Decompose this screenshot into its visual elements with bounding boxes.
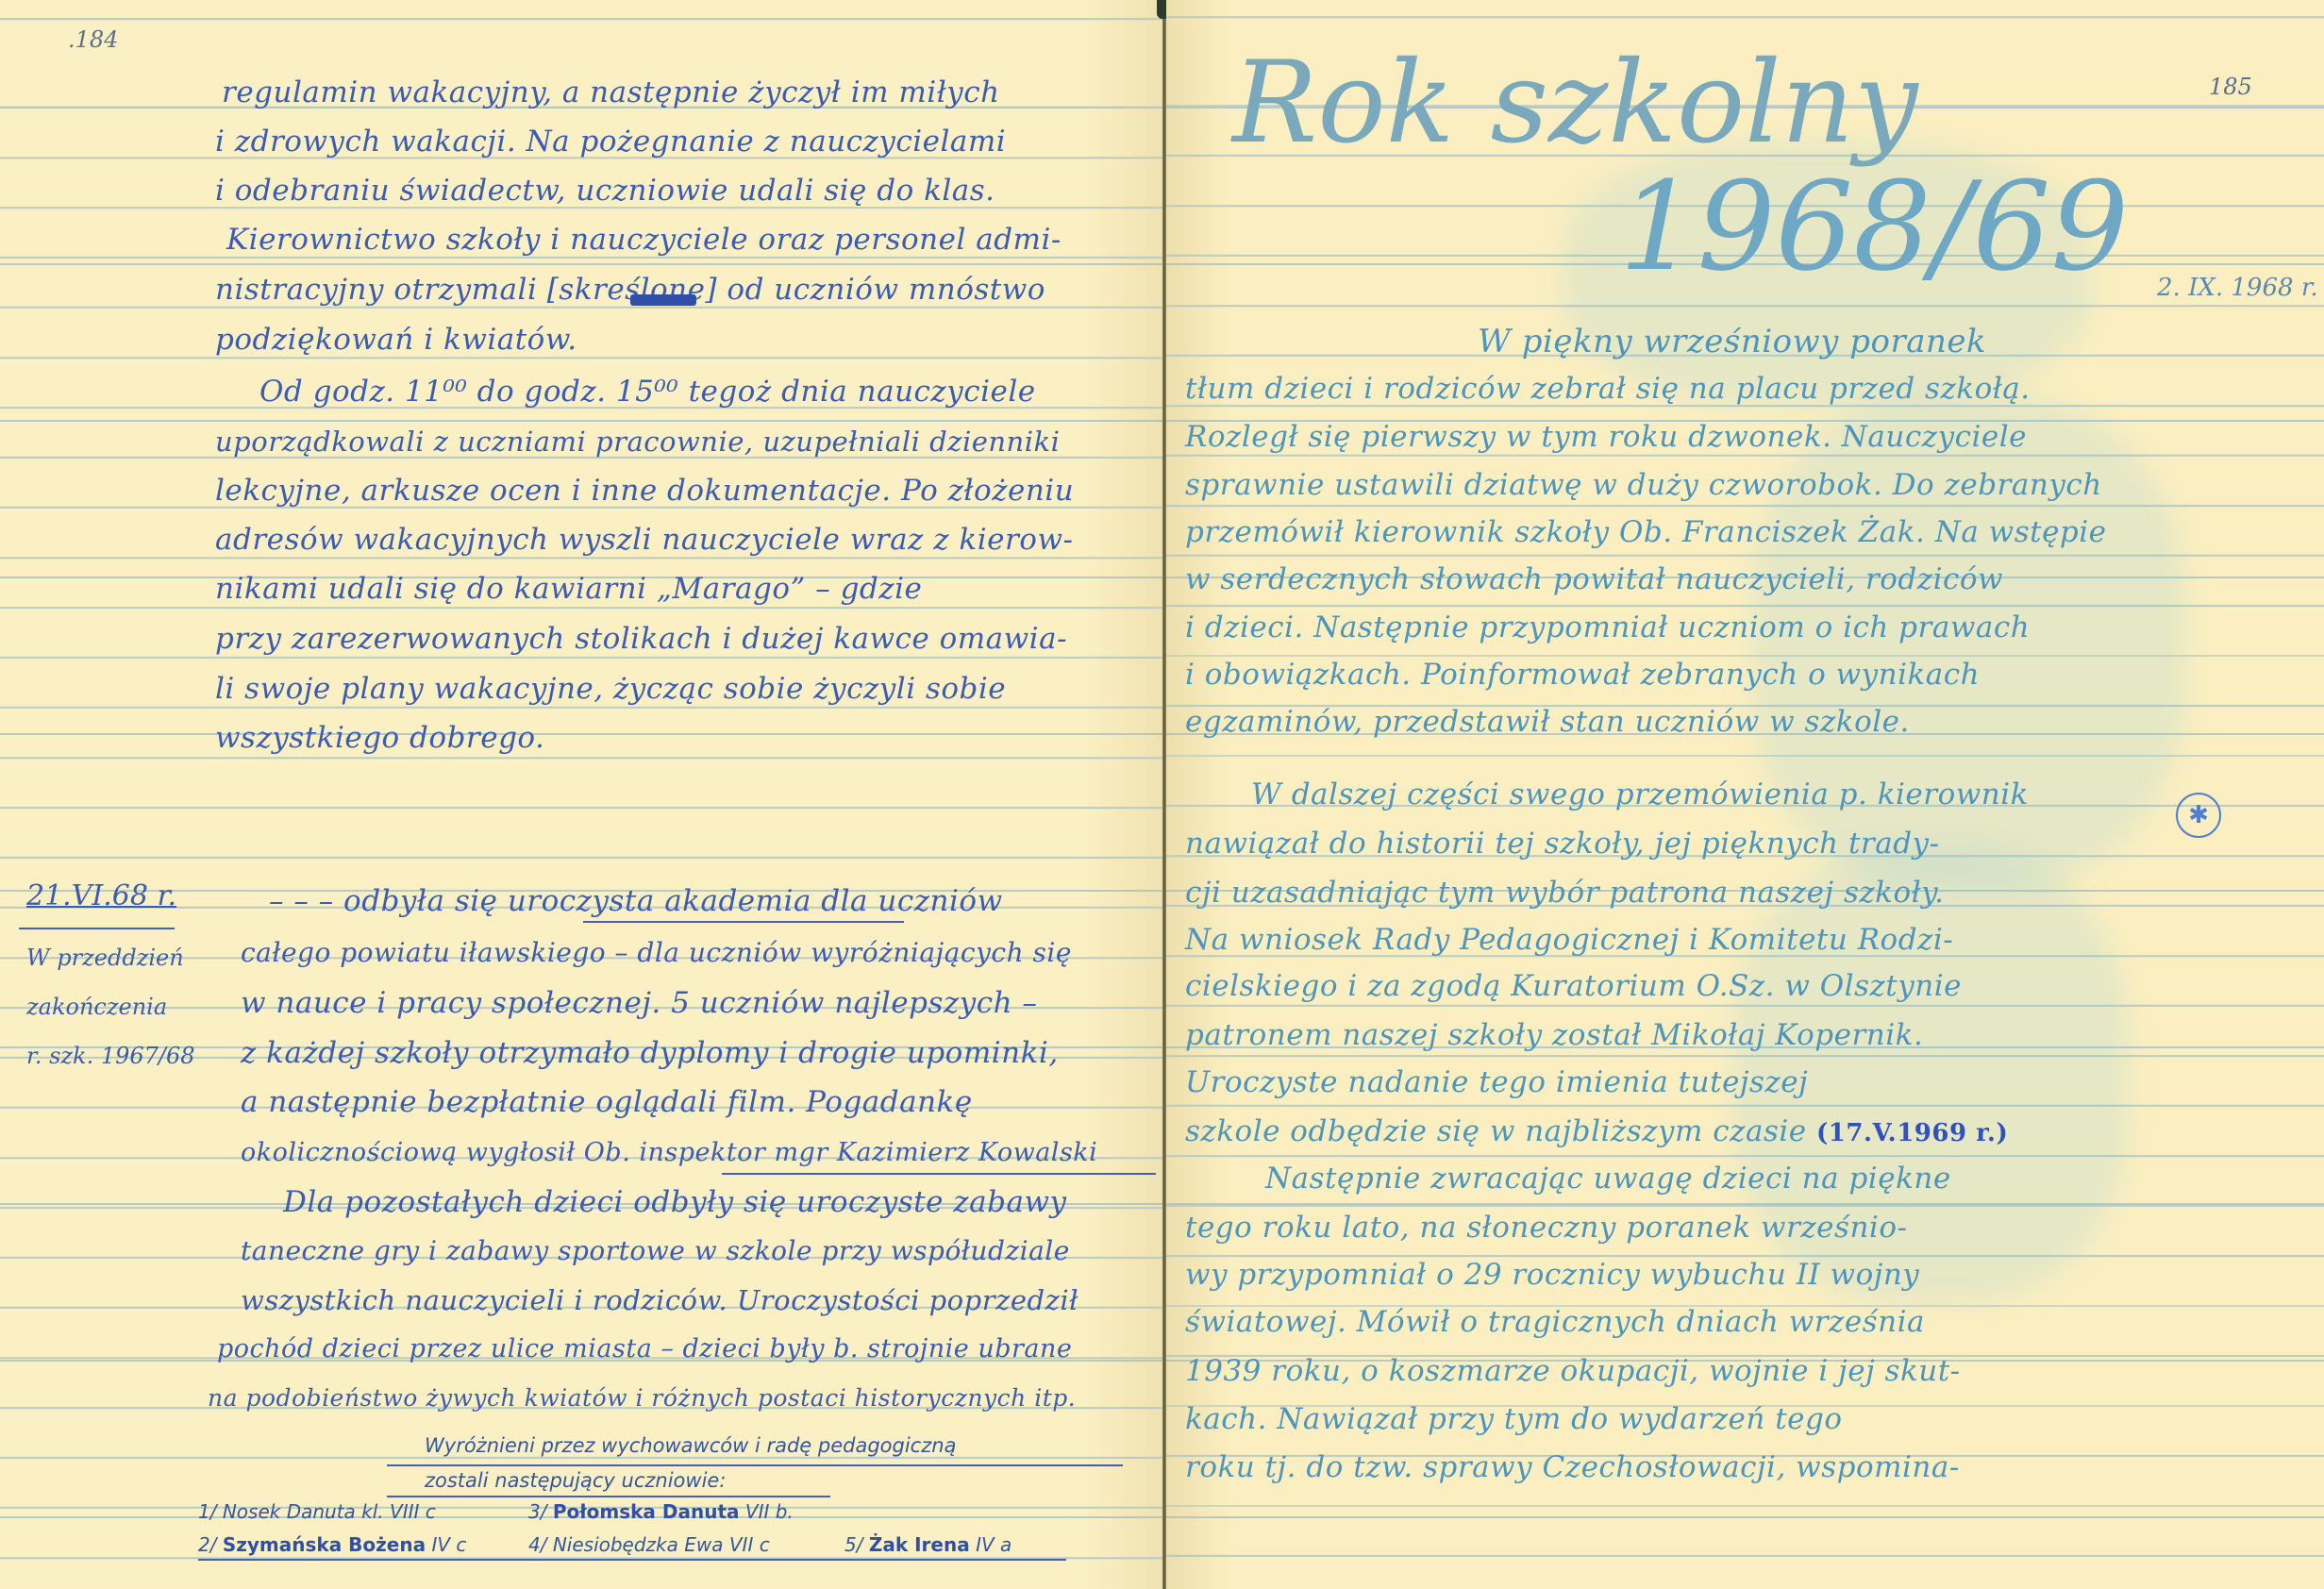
text-line: sprawnie ustawili dziatwę w duży czworob…	[1185, 466, 2102, 504]
text-line: Następnie zwracając uwagę dzieci na pięk…	[1265, 1160, 1951, 1197]
award-class: VII b.	[745, 1500, 794, 1523]
text-line: cielskiego i za zgodą Kuratorium O.Sz. w…	[1185, 967, 1962, 1005]
text-line: Dla pozostałych dzieci odbyły się uroczy…	[283, 1183, 1166, 1221]
entry-date: 2. IX. 1968 r.	[2157, 274, 2318, 302]
awards-heading: zostali następujący uczniowie:	[425, 1469, 726, 1492]
award-entry-4: 4/ Niesiobędzka Ewa VII c	[528, 1533, 770, 1556]
text-line: tego roku lato, na słoneczny poranek wrz…	[1185, 1209, 1907, 1246]
award-number: 3/	[528, 1500, 546, 1523]
award-name: Niesiobędzka Ewa	[553, 1533, 724, 1556]
award-class: kl. VIII c	[361, 1500, 436, 1523]
text-line: i obowiązkach. Poinformował zebranych o …	[1185, 656, 1980, 694]
left-page: .184 regulamin wakacyjny, a następnie ży…	[0, 0, 1166, 1589]
text-line: w nauce i pracy społecznej. 5 uczniów na…	[241, 984, 1166, 1022]
right-page: 185 Rok szkolny 1968/69 2. IX. 1968 r. W…	[1166, 0, 2324, 1589]
text-line: wy przypomniał o 29 rocznicy wybuchu II …	[1185, 1256, 1919, 1294]
text-line: uporządkowali z uczniami pracownie, uzup…	[215, 423, 1149, 460]
award-entry-2: 2/ Szymańska Bożena IV c	[198, 1533, 466, 1556]
award-entry-1: 1/ Nosek Danuta kl. VIII c	[198, 1500, 436, 1523]
text-line: całego powiatu iławskiego – dla uczniów …	[241, 934, 1166, 972]
text-line: egzaminów, przedstawił stan uczniów w sz…	[1185, 703, 1910, 741]
text-line: taneczne gry i zabawy sportowe w szkole …	[241, 1232, 1166, 1270]
text-line: li swoje plany wakacyjne, życząc sobie ż…	[215, 670, 1149, 708]
text-line: roku tj. do tzw. sprawy Czechosłowacji, …	[1185, 1448, 1960, 1486]
text-line: okolicznościową wygłosił Ob. inspektor m…	[241, 1134, 1166, 1172]
text-line: przy zarezerwowanych stolikach i dużej k…	[215, 620, 1149, 658]
text-line: nikami udali się do kawiarni „Marago” – …	[215, 570, 1149, 608]
award-number: 5/	[844, 1533, 862, 1556]
margin-note-line: zakończenia	[26, 993, 167, 1021]
text-line: Od godz. 11⁰⁰ do godz. 15⁰⁰ tegoż dnia n…	[259, 373, 1166, 410]
award-entry-5: 5/ Żak Irena IV a	[844, 1533, 1012, 1556]
text-line: światowej. Mówił o tragicznych dniach wr…	[1185, 1303, 1925, 1341]
text-line: – – – odbyła się uroczysta akademia dla …	[269, 882, 1166, 920]
award-name: Szymańska Bożena	[223, 1533, 426, 1556]
text-line: W dalszej części swego przemówienia p. k…	[1251, 776, 2029, 813]
text-line: nawiązał do historii tej szkoły, jej pię…	[1185, 825, 1940, 862]
text-line: i odebraniu świadectw, uczniowie udali s…	[215, 172, 1149, 209]
text-line: tłum dzieci i rodziców zebrał się na pla…	[1185, 370, 2031, 408]
award-class: IV c	[431, 1533, 466, 1556]
redacted-word	[630, 294, 696, 306]
underline	[387, 1496, 830, 1497]
text-line: w serdecznych słowach powitał nauczyciel…	[1185, 560, 2003, 598]
text-line: z każdej szkoły otrzymało dyplomy i drog…	[241, 1034, 1166, 1072]
awards-underline	[198, 1559, 1066, 1561]
heading-line: W piękny wrześniowy poranek	[1478, 323, 2324, 360]
text-line: patronem naszej szkoły został Mikołaj Ko…	[1185, 1016, 1923, 1054]
text-line: Rozległ się pierwszy w tym roku dzwonek.…	[1185, 418, 2027, 456]
awards-heading: Wyróżnieni przez wychowawców i radę peda…	[425, 1434, 956, 1457]
award-class: IV a	[976, 1533, 1012, 1556]
text-line: wszystkich nauczycieli i rodziców. Urocz…	[241, 1281, 1166, 1319]
text-line: cji uzasadniając tym wybór patrona nasze…	[1185, 874, 1944, 912]
award-number: 1/	[198, 1500, 216, 1523]
award-name: Połomska Danuta	[553, 1500, 740, 1523]
margin-note-line: r. szk. 1967/68	[26, 1042, 195, 1070]
notebook-spread: .184 regulamin wakacyjny, a następnie ży…	[0, 0, 2324, 1589]
text-line: wszystkiego dobrego.	[215, 719, 1149, 757]
margin-note-line: W przeddzień	[26, 944, 184, 972]
asterisk-stamp-icon: ✱	[2176, 793, 2221, 838]
award-number: 4/	[528, 1533, 546, 1556]
text-segment: szkole odbędzie się w najbliższym czasie	[1185, 1114, 1807, 1148]
text-line: kach. Nawiązał przy tym do wydarzeń tego	[1185, 1400, 1843, 1438]
text-line: a następnie bezpłatnie oglądali film. Po…	[241, 1083, 1166, 1121]
text-line: przemówił kierownik szkoły Ob. Francisze…	[1185, 513, 2107, 551]
text-line: szkole odbędzie się w najbliższym czasie…	[1185, 1112, 2008, 1152]
text-line: lekcyjne, arkusze ocen i inne dokumentac…	[215, 472, 1149, 510]
page-number-left: .184	[68, 26, 118, 53]
award-class: VII c	[729, 1533, 770, 1556]
underline	[722, 1173, 1156, 1175]
text-line: 1939 roku, o koszmarze okupacji, wojnie …	[1185, 1352, 1961, 1390]
margin-date: 21.VI.68 r.	[26, 882, 176, 911]
text-line: na podobieństwo żywych kwiatów i różnych…	[208, 1380, 1142, 1417]
award-name: Nosek Danuta	[223, 1500, 356, 1523]
text-line: Na wniosek Rady Pedagogicznej i Komitetu…	[1185, 921, 1953, 959]
school-year: 1968/69	[1619, 156, 2129, 297]
award-name: Żak Irena	[869, 1533, 970, 1556]
text-line: podziękowań i kwiatów.	[215, 321, 1149, 359]
text-line: regulamin wakacyjny, a następnie życzył …	[222, 74, 1156, 111]
page-title: Rok szkolny	[1232, 38, 1918, 170]
underline	[387, 1464, 1123, 1466]
text-line: i dzieci. Następnie przypomniał uczniom …	[1185, 609, 2030, 646]
page-number-right: 185	[2209, 74, 2252, 100]
text-line: adresów wakacyjnych wyszli nauczyciele w…	[215, 521, 1149, 559]
underline	[583, 921, 904, 923]
text-line: pochód dzieci przez ulice miasta – dziec…	[217, 1330, 1151, 1368]
date-underline	[19, 928, 175, 929]
text-line: i zdrowych wakacji. Na pożegnanie z nauc…	[215, 123, 1149, 160]
inline-date: (17.V.1969 r.)	[1816, 1119, 2008, 1147]
text-line: Kierownictwo szkoły i nauczyciele oraz p…	[226, 221, 1161, 259]
award-number: 2/	[198, 1533, 216, 1556]
text-line: Uroczyste nadanie tego imienia tutejszej	[1185, 1063, 1808, 1101]
award-entry-3: 3/ Połomska Danuta VII b.	[528, 1500, 794, 1523]
